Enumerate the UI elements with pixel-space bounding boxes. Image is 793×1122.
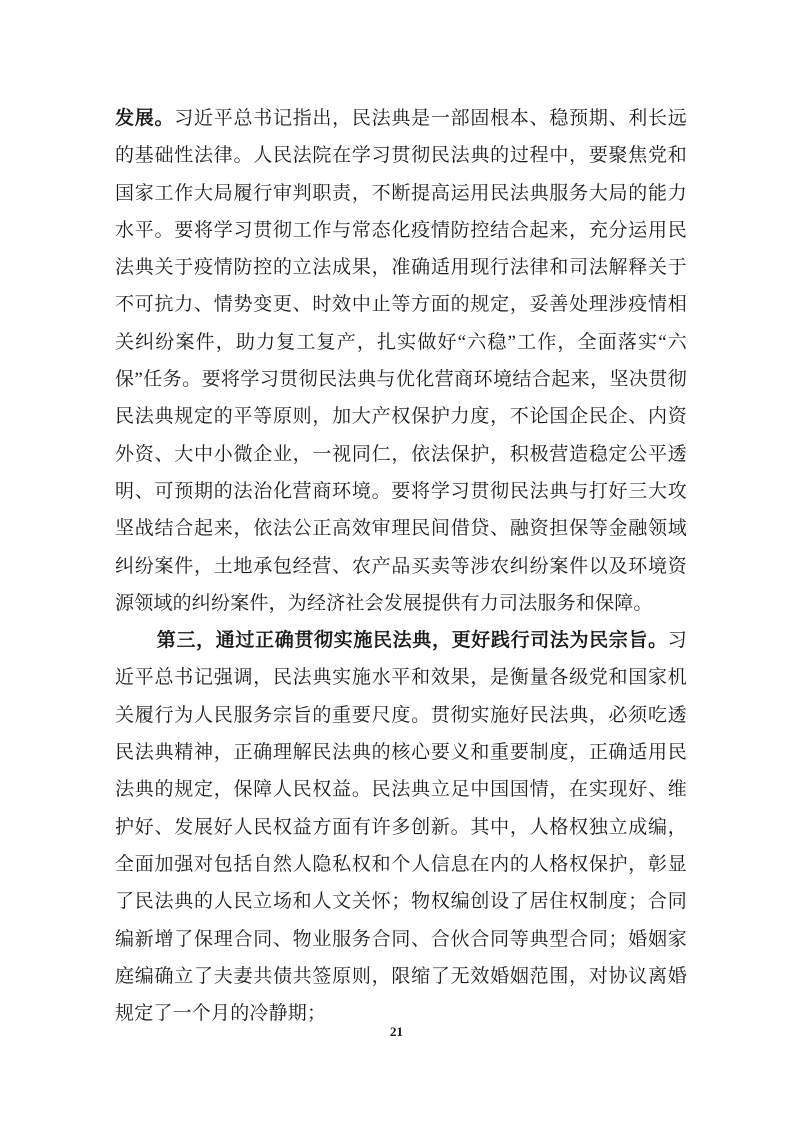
paragraph: 发展。习近平总书记指出，民法典是一部固根本、稳预期、利长远的基础性法律。人民法院… [115, 100, 687, 622]
page-number: 21 [0, 1024, 793, 1040]
document-page: 发展。习近平总书记指出，民法典是一部固根本、稳预期、利长远的基础性法律。人民法院… [0, 0, 793, 1122]
paragraph-text: 习近平总书记强调，民法典实施水平和效果，是衡量各级党和国家机关履行为人民服务宗旨… [115, 630, 687, 1024]
document-body: 发展。习近平总书记指出，民法典是一部固根本、稳预期、利长远的基础性法律。人民法院… [115, 100, 687, 1032]
paragraph-lead: 发展。 [115, 108, 174, 129]
paragraph: 第三，通过正确贯彻实施民法典，更好践行司法为民宗旨。习近平总书记强调，民法典实施… [115, 622, 687, 1032]
paragraph-text: 习近平总书记指出，民法典是一部固根本、稳预期、利长远的基础性法律。人民法院在学习… [115, 108, 687, 614]
paragraph-lead: 第三，通过正确贯彻实施民法典，更好践行司法为民宗旨。 [157, 630, 668, 651]
